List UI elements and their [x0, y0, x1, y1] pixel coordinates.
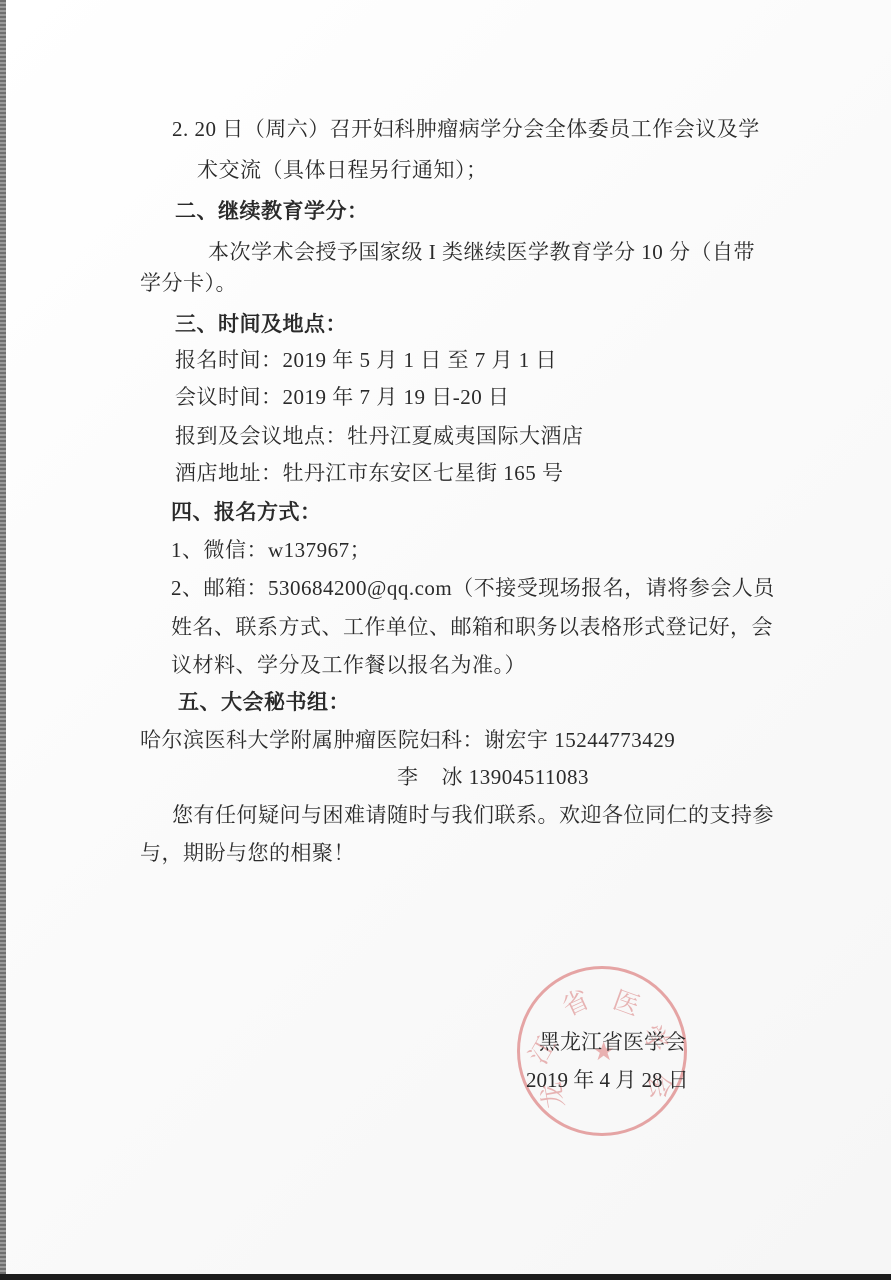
venue: 报到及会议地点：牡丹江夏威夷国际大酒店 — [175, 424, 584, 448]
seal-char: 医 — [608, 980, 645, 1024]
closing-line1: 您有任何疑问与困难请随时与我们联系。欢迎各位同仁的支持参 — [172, 803, 774, 827]
section2-body-line2: 学分卡）。 — [140, 271, 237, 295]
section2-body-line1: 本次学术会授予国家级 I 类继续医学教育学分 10 分（自带 — [208, 240, 755, 264]
item2-line2: 术交流（具体日程另行通知）； — [197, 158, 488, 182]
signature-org: 黑龙江省医学会 — [539, 1030, 686, 1054]
section4-heading: 四、报名方式： — [171, 500, 322, 524]
registration-time: 报名时间：2019 年 5 月 1 日 至 7 月 1 日 — [175, 348, 557, 372]
hotel-address: 酒店地址：牡丹江市东安区七星街 165 号 — [175, 461, 564, 485]
section3-heading: 三、时间及地点： — [175, 312, 347, 336]
secretary-contact2: 李 冰 13904511083 — [397, 765, 589, 789]
paper-edge-bottom — [0, 1274, 891, 1280]
seal-char: 省 — [555, 979, 594, 1024]
email-line3: 议材料、学分及工作餐以报名为准。） — [171, 653, 526, 677]
section2-heading: 二、继续教育学分： — [175, 199, 369, 223]
secretary-contact1: 哈尔滨医科大学附属肿瘤医院妇科：谢宏宇 15244773429 — [140, 728, 675, 752]
meeting-time: 会议时间：2019 年 7 月 19 日-20 日 — [175, 385, 510, 409]
section5-heading: 五、大会秘书组： — [178, 690, 350, 714]
email-line1: 2、邮箱：530684200@qq.com（不接受现场报名，请将参会人员 — [171, 576, 775, 600]
closing-line2: 与，期盼与您的相聚！ — [140, 841, 355, 865]
signature-date: 2019 年 4 月 28 日 — [526, 1068, 689, 1092]
wechat-contact: 1、微信：w137967； — [171, 538, 371, 562]
email-line2: 姓名、联系方式、工作单位、邮箱和职务以表格形式登记好，会 — [171, 615, 773, 639]
item2-line1: 2. 20 日（周六）召开妇科肿瘤病学分会全体委员工作会议及学 — [172, 117, 760, 141]
